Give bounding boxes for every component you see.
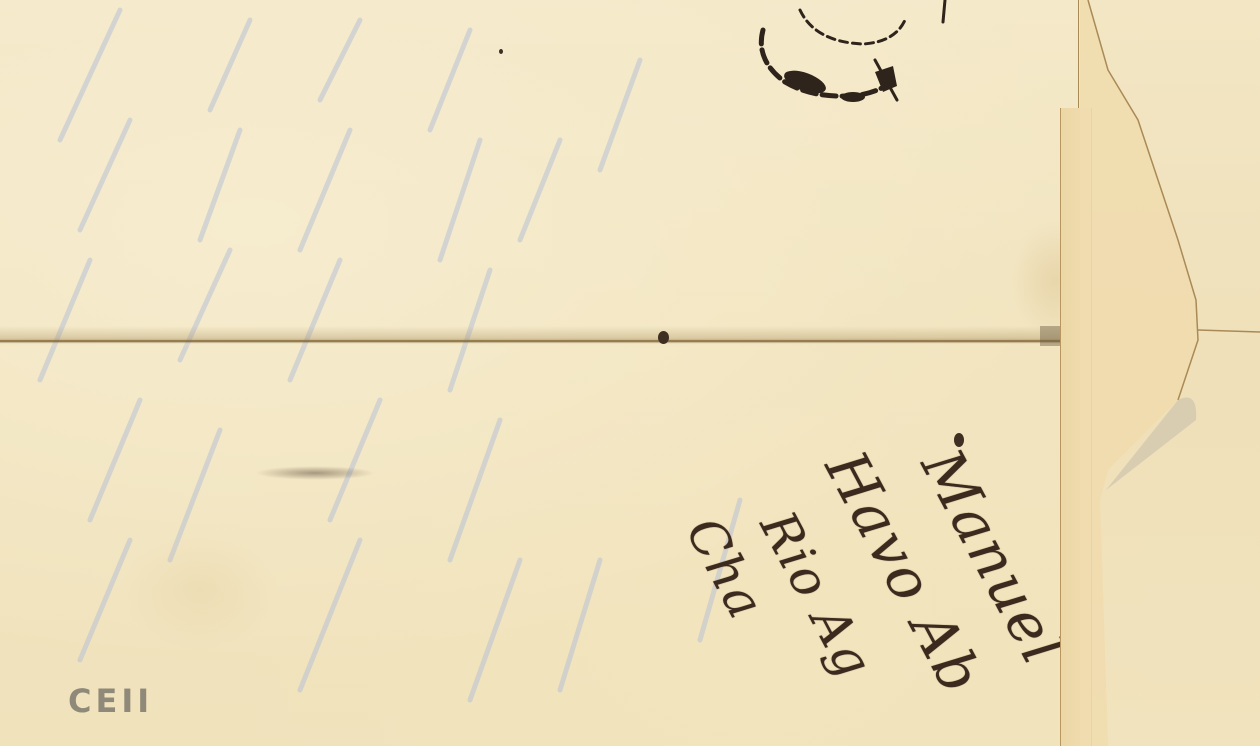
fold-crease <box>0 340 1070 342</box>
ink-smudge <box>255 466 375 480</box>
paper-stain <box>120 530 280 650</box>
ink-speck <box>499 49 503 54</box>
torn-flap <box>1078 0 1260 746</box>
stamp-mark: CEII <box>68 682 153 720</box>
ink-blot <box>954 433 964 447</box>
ink-blot <box>658 331 669 344</box>
horizontal-fold <box>0 326 1070 348</box>
postmark-icon <box>745 0 955 110</box>
